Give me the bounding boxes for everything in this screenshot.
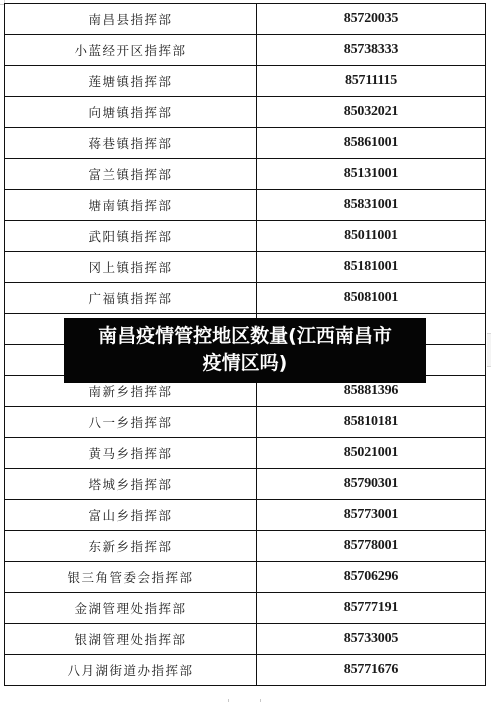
phone-number: 85733005 xyxy=(257,624,486,655)
phone-number: 85131001 xyxy=(257,159,486,190)
table-row: 南昌县指挥部85720035 xyxy=(5,4,486,35)
command-center-name: 富山乡指挥部 xyxy=(5,500,257,531)
command-center-name: 莲塘镇指挥部 xyxy=(5,66,257,97)
phone-number: 85861001 xyxy=(257,128,486,159)
command-center-name: 银三角管委会指挥部 xyxy=(5,562,257,593)
command-center-name: 南昌县指挥部 xyxy=(5,4,257,35)
phone-number: 85778001 xyxy=(257,531,486,562)
table-row: 富兰镇指挥部85131001 xyxy=(5,159,486,190)
command-center-name: 小蓝经开区指挥部 xyxy=(5,35,257,66)
table-row: 银三角管委会指挥部85706296 xyxy=(5,562,486,593)
table-row: 东新乡指挥部85778001 xyxy=(5,531,486,562)
table-row: 塔城乡指挥部85790301 xyxy=(5,469,486,500)
phone-number: 85081001 xyxy=(257,283,486,314)
phone-number: 85032021 xyxy=(257,97,486,128)
command-center-name: 金湖管理处指挥部 xyxy=(5,593,257,624)
table-row: 莲塘镇指挥部85711115 xyxy=(5,66,486,97)
table-row: 八一乡指挥部85810181 xyxy=(5,407,486,438)
table-row: 冈上镇指挥部85181001 xyxy=(5,252,486,283)
table-row: 武阳镇指挥部85011001 xyxy=(5,221,486,252)
phone-number: 85810181 xyxy=(257,407,486,438)
command-center-name: 塔城乡指挥部 xyxy=(5,469,257,500)
table-row: 小蓝经开区指挥部85738333 xyxy=(5,35,486,66)
phone-number: 85720035 xyxy=(257,4,486,35)
table-row: 金湖管理处指挥部85777191 xyxy=(5,593,486,624)
command-center-name: 富兰镇指挥部 xyxy=(5,159,257,190)
phone-number: 85181001 xyxy=(257,252,486,283)
table-row: 银湖管理处指挥部85733005 xyxy=(5,624,486,655)
phone-number: 85831001 xyxy=(257,190,486,221)
table-row: 富山乡指挥部85773001 xyxy=(5,500,486,531)
article-title-banner: 南昌疫情管控地区数量(江西南昌市 疫情区吗) xyxy=(64,318,426,383)
phone-number: 85021001 xyxy=(257,438,486,469)
phone-number: 85711115 xyxy=(257,66,486,97)
command-center-name: 蒋巷镇指挥部 xyxy=(5,128,257,159)
phone-number: 85773001 xyxy=(257,500,486,531)
command-center-name: 东新乡指挥部 xyxy=(5,531,257,562)
command-center-name: 八月湖街道办指挥部 xyxy=(5,655,257,686)
table-row: 向塘镇指挥部85032021 xyxy=(5,97,486,128)
command-center-name: 塘南镇指挥部 xyxy=(5,190,257,221)
phone-number: 85011001 xyxy=(257,221,486,252)
table-row: 蒋巷镇指挥部85861001 xyxy=(5,128,486,159)
banner-title-line-1: 南昌疫情管控地区数量(江西南昌市 xyxy=(64,323,426,350)
table-row: 广福镇指挥部85081001 xyxy=(5,283,486,314)
command-center-name: 武阳镇指挥部 xyxy=(5,221,257,252)
command-center-name: 冈上镇指挥部 xyxy=(5,252,257,283)
table-row: 黄马乡指挥部85021001 xyxy=(5,438,486,469)
page-edge-mark xyxy=(487,333,491,367)
command-center-name: 黄马乡指挥部 xyxy=(5,438,257,469)
command-center-name: 八一乡指挥部 xyxy=(5,407,257,438)
phone-number: 85706296 xyxy=(257,562,486,593)
phone-number: 85771676 xyxy=(257,655,486,686)
command-center-name: 向塘镇指挥部 xyxy=(5,97,257,128)
phone-number: 85777191 xyxy=(257,593,486,624)
phone-number: 85738333 xyxy=(257,35,486,66)
command-center-name: 广福镇指挥部 xyxy=(5,283,257,314)
table-row: 塘南镇指挥部85831001 xyxy=(5,190,486,221)
command-center-name: 银湖管理处指挥部 xyxy=(5,624,257,655)
table-row: 八月湖街道办指挥部85771676 xyxy=(5,655,486,686)
phone-number: 85790301 xyxy=(257,469,486,500)
banner-title-line-2: 疫情区吗) xyxy=(64,350,426,377)
